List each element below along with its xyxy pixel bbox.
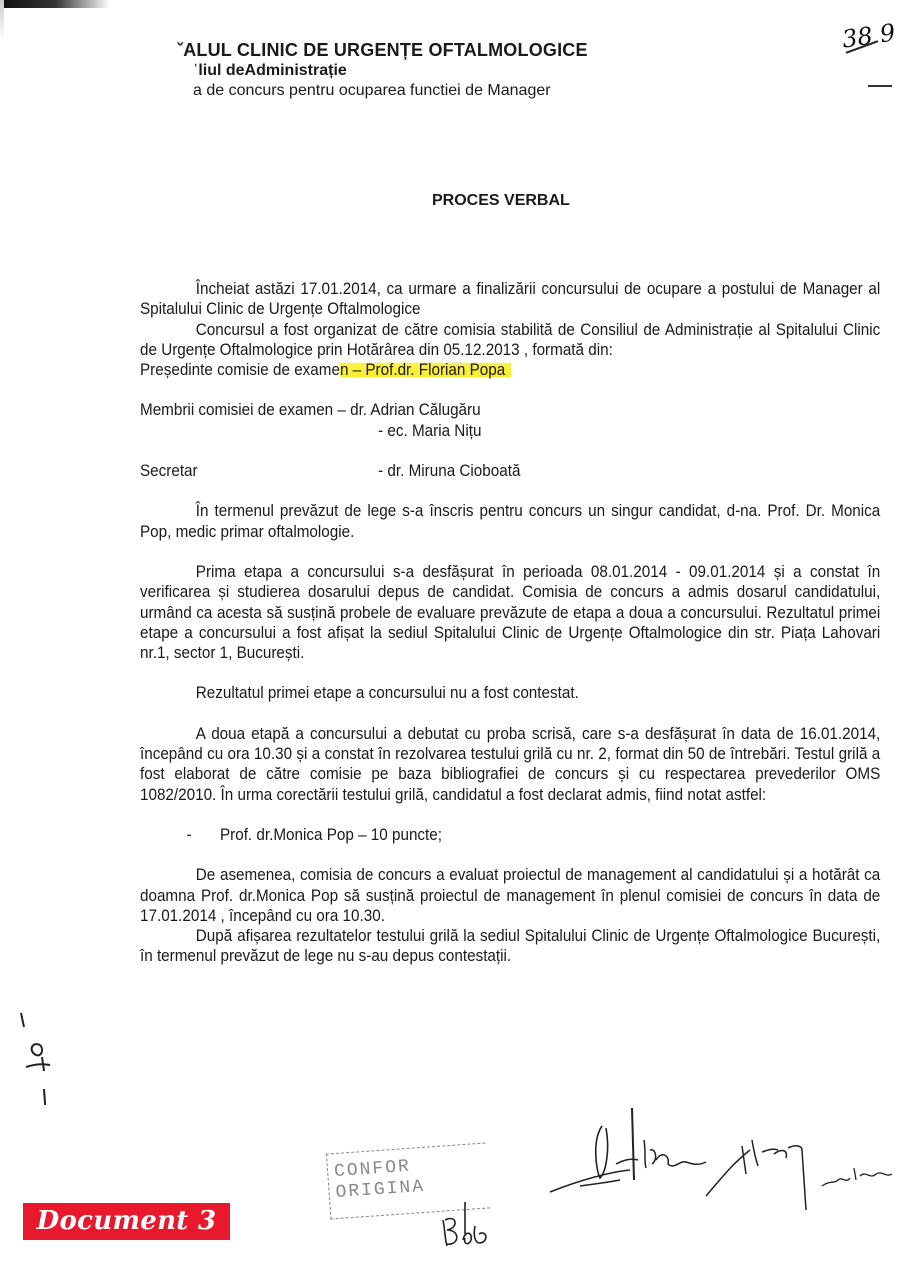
handwritten-signatures [520,1100,900,1210]
document-header: ˇALUL CLINIC DE URGENȚE OFTALMOLOGICE ˈl… [177,40,588,100]
paragraph-intro: Încheiat astăzi 17.01.2014, ca urmare a … [140,279,880,320]
scan-edge-left [0,0,4,40]
paragraph-organization: Concursul a fost organizat de către comi… [140,320,880,361]
institution-name: ˇALUL CLINIC DE URGENȚE OFTALMOLOGICE [177,40,588,61]
paragraph-not-contested: Rezultatul primei etape a concursului nu… [140,683,880,703]
commission-name: a de concurs pentru ocuparea functiei de… [193,82,588,100]
member-2: - ec. Maria Nițu [378,421,481,441]
score-dash: - [187,825,220,845]
scan-edge [0,0,110,8]
handwritten-initials [435,1200,495,1250]
president-label: Președinte comisie de exame [140,361,340,379]
paragraph-second-stage: A doua etapă a concursului a debutat cu … [140,724,880,805]
score-text: Prof. dr.Monica Pop – 10 puncte; [220,826,442,844]
paragraph-no-contestations: După afișarea rezultatelor testului gril… [140,926,880,967]
president-name-highlight: n – Prof.dr. Florian Popa [340,361,511,379]
paragraph-candidate: În termenul prevăzut de lege s-a înscris… [140,501,880,542]
secretary-line: Secretar- dr. Miruna Cioboată [140,461,880,481]
member-2-line: - ec. Maria Nițu [140,421,880,441]
score-line: -Prof. dr.Monica Pop – 10 puncte; [140,825,880,845]
document-title: PROCES VERBAL [432,192,570,210]
paragraph-management-project: De asemenea, comisia de concurs a evalua… [140,865,880,926]
secretary-name: - dr. Miruna Cioboată [378,461,520,481]
page-dash [868,85,892,87]
paragraph-first-stage: Prima etapa a concursului s-a desfășurat… [140,562,880,663]
document-body: Încheiat astăzi 17.01.2014, ca urmare a … [140,279,880,967]
board-name: ˈliul deAdministrație [193,62,588,80]
handwritten-page-number: 38 9 [840,18,897,53]
members-line: Membrii comisiei de examen – dr. Adrian … [140,400,880,420]
handwritten-margin-note [14,1005,54,1105]
president-line: Președinte comisie de examen – Prof.dr. … [140,360,880,380]
secretary-label: Secretar [140,461,378,481]
document-badge: Document 3 [23,1203,230,1240]
